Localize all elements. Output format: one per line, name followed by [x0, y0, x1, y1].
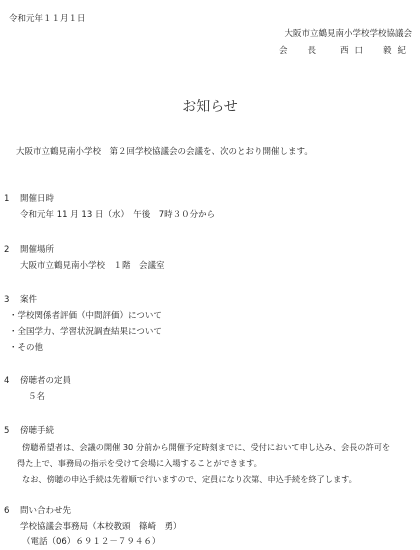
contact-office: 学校協議会事務局（本校教頭 篠崎 勇） [20, 523, 182, 532]
chair-signature: 会長西口毅紀 [279, 47, 412, 56]
section-number-2: 2 [4, 246, 9, 255]
section-heading-5: 傍聴手続 [20, 427, 54, 436]
procedure-paragraph-2: なお、傍聴の申込手続は先着順で行いますので、定員になり次第、申込手続を終了します… [22, 475, 357, 483]
section-number-5: 5 [4, 427, 9, 436]
page-title: お知らせ [0, 100, 420, 114]
intro-text: 大阪市立鶴見南小学校 第２回学校協議会の会議を、次のとおり開催します。 [16, 148, 313, 157]
agenda-item-2: ・全国学力、学習状況調査結果について [9, 328, 162, 337]
chair-title-char-1: 会 [279, 47, 288, 56]
chair-name-given: 毅紀 [383, 47, 412, 56]
section-number-4: 4 [4, 377, 9, 386]
section-number-6: 6 [4, 507, 9, 516]
section-number-3: 3 [4, 296, 9, 305]
organization-name: 大阪市立鶴見南小学校学校協議会 [284, 30, 412, 39]
section-heading-4: 傍聴者の定員 [20, 377, 71, 386]
section-body-2: 大阪市立鶴見南小学校 １階 会議室 [20, 262, 165, 271]
procedure-paragraph-1-cont: 得た上で、事務局の指示を受けて会場に入場することができます。 [17, 459, 262, 467]
agenda-item-3: ・その他 [9, 344, 43, 353]
section-number-1: 1 [4, 195, 9, 204]
chair-title-char-2: 長 [307, 47, 316, 56]
procedure-paragraph-1: 傍聴希望者は、会議の開催 30 分前から開催予定時刻までに、受付において申し込み… [22, 443, 390, 451]
agenda-item-1: ・学校関係者評価（中間評価）について [9, 312, 162, 321]
section-heading-3: 案件 [20, 296, 37, 305]
section-body-4: ５名 [28, 393, 45, 402]
section-body-1: 令和元年 11 月 13 日（水） 午後 7時３０分から [20, 211, 215, 220]
section-heading-1: 開催日時 [20, 195, 54, 204]
contact-phone: （電話（06）６９１２－７９４６） [22, 538, 160, 547]
section-heading-2: 開催場所 [20, 246, 54, 255]
issue-date: 令和元年１１月１日 [9, 15, 86, 24]
section-heading-6: 問い合わせ先 [20, 507, 71, 516]
chair-name-family: 西口 [340, 47, 369, 56]
